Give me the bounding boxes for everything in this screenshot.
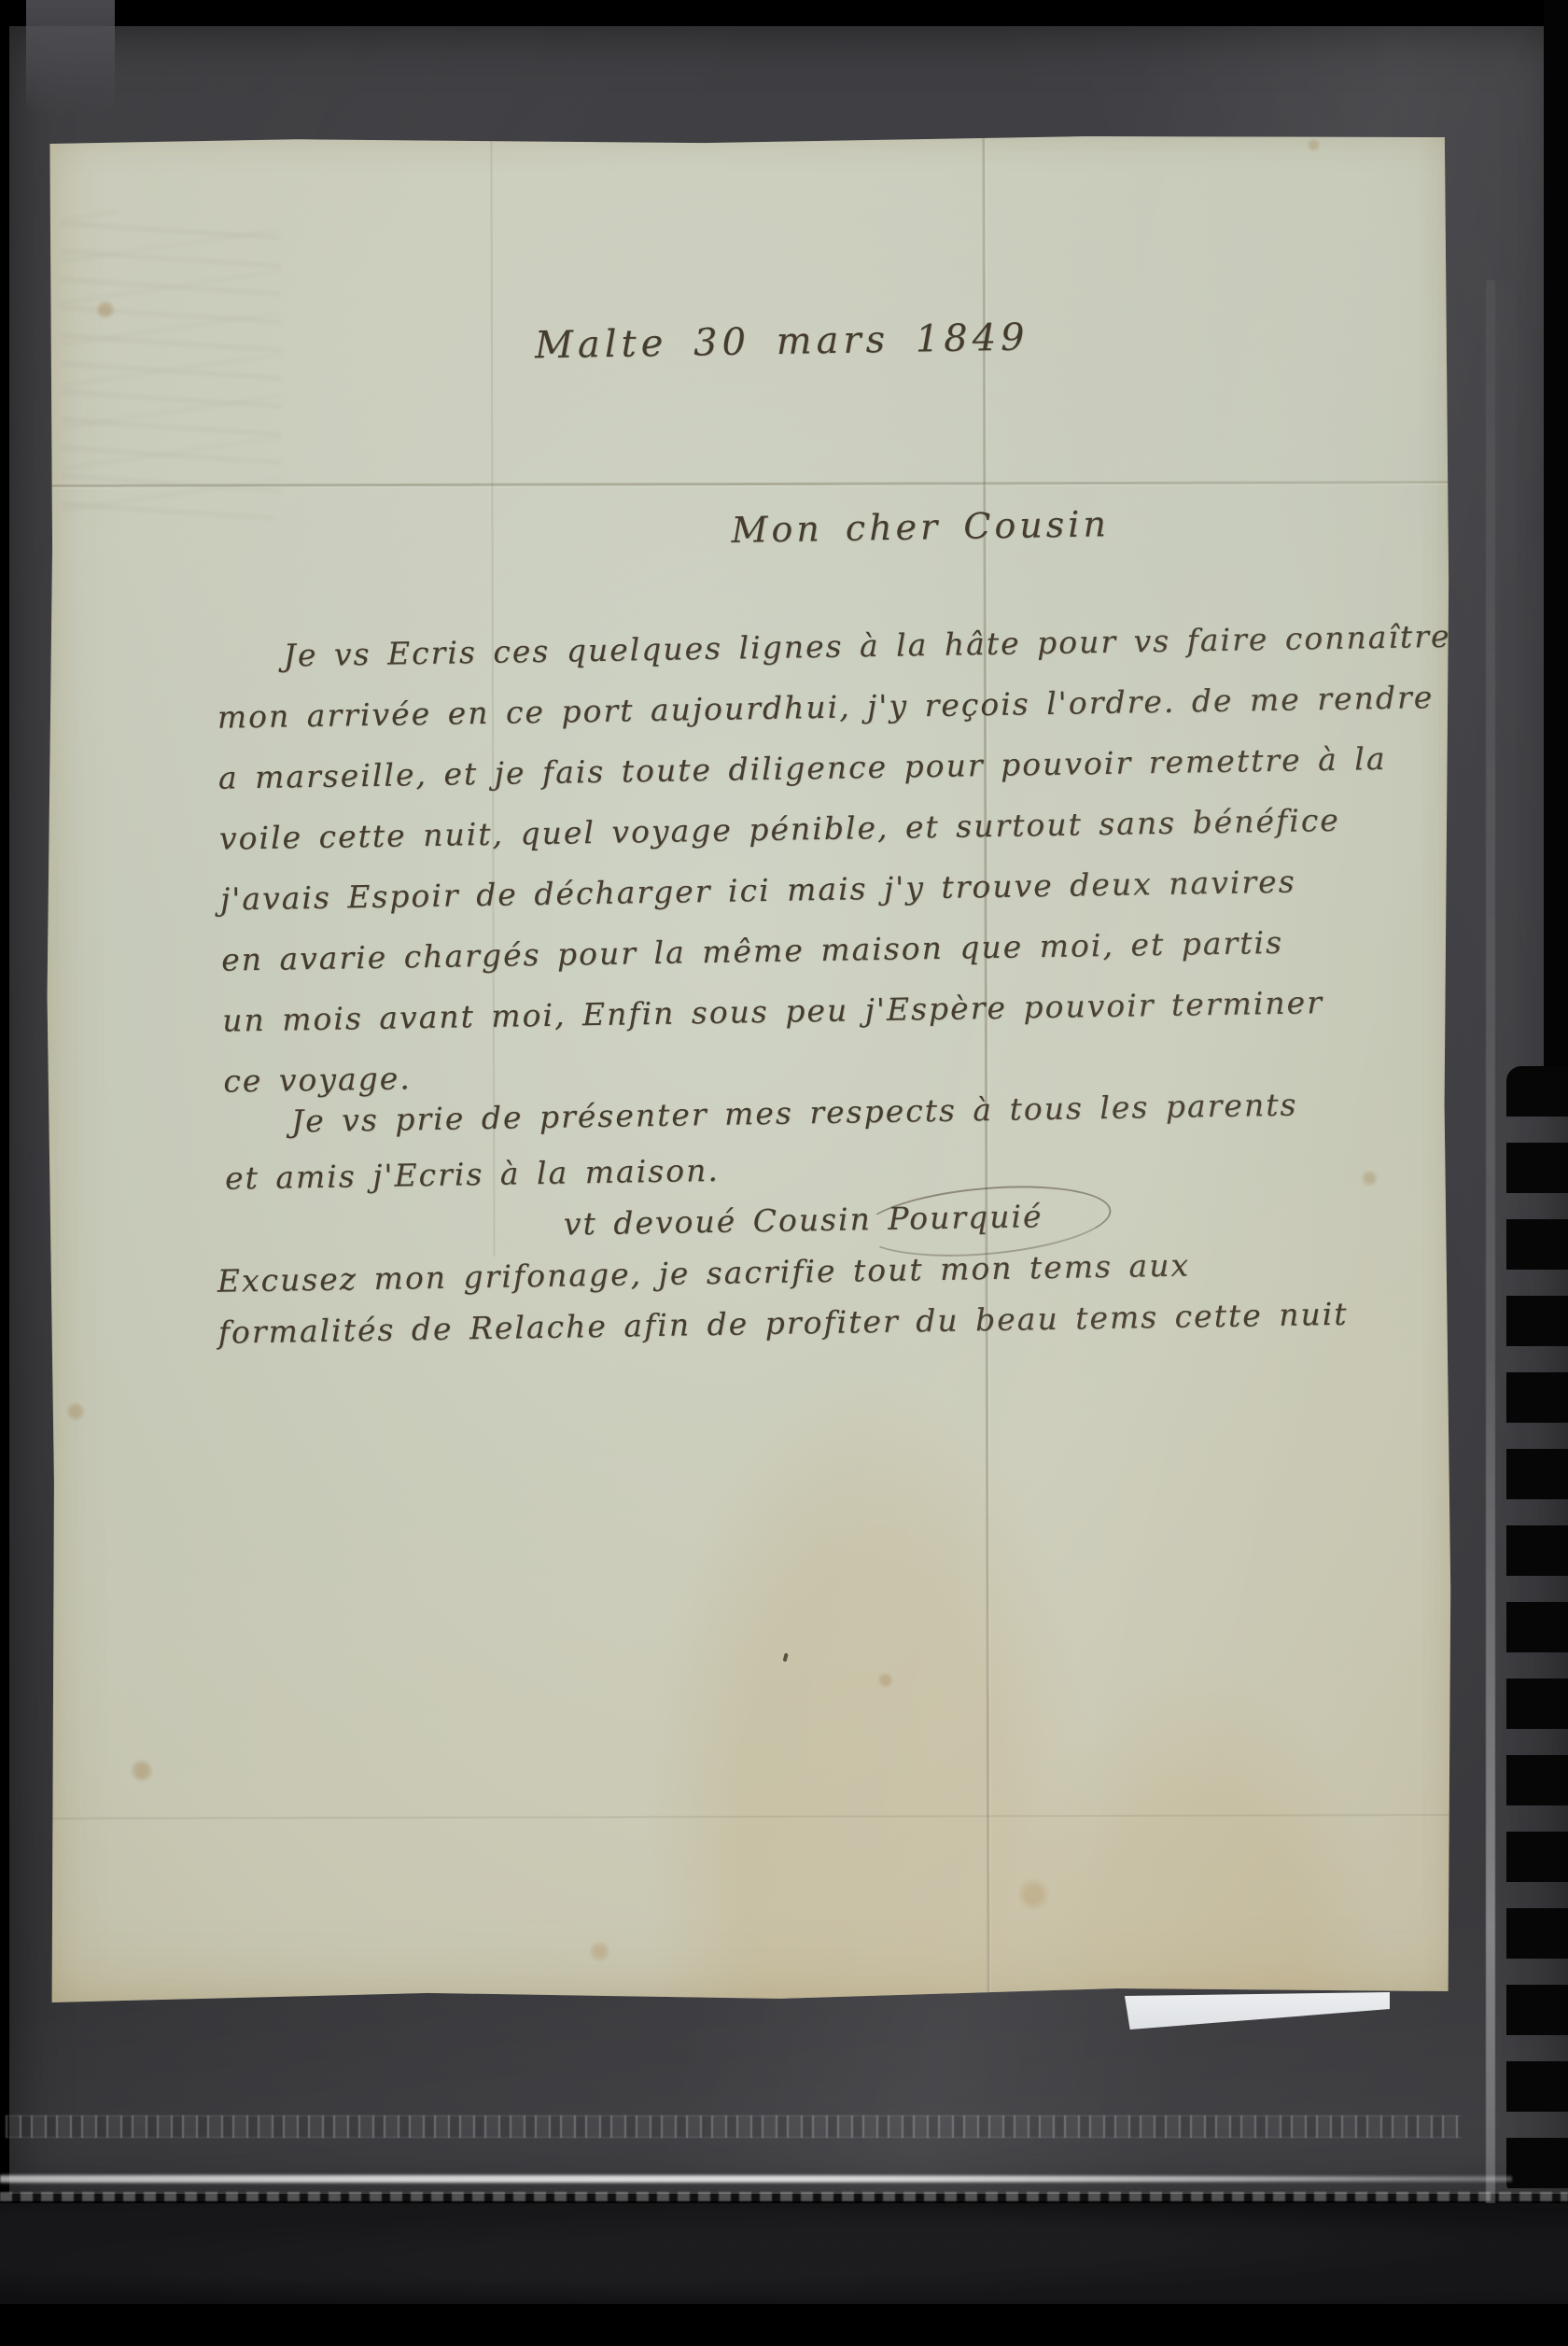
letter-closing: vt devoué Cousin bbox=[564, 1201, 873, 1242]
sleeve-bottom-seam bbox=[0, 2192, 1568, 2201]
letter-body: Je vs Ecris ces quelques lignes à la hât… bbox=[216, 618, 1455, 1366]
felt-backing-strip bbox=[0, 2203, 1568, 2304]
stray-ink-mark bbox=[783, 1653, 789, 1663]
letter-dateline: Malte 30 mars 1849 bbox=[535, 316, 1029, 368]
sleeve-weld-squares bbox=[6, 2115, 1462, 2138]
letter-salutation: Mon cher Cousin bbox=[731, 503, 1110, 551]
letter-paper: Malte 30 mars 1849 Mon cher Cousin Je vs… bbox=[44, 133, 1453, 2004]
comb-binding-teeth bbox=[1506, 1066, 1568, 2198]
fold-crease-horizontal-bottom bbox=[49, 1814, 1453, 1819]
album-corner-highlight bbox=[26, 0, 115, 117]
show-through-marks bbox=[62, 211, 282, 520]
right-edge-shadow bbox=[1544, 0, 1568, 1066]
